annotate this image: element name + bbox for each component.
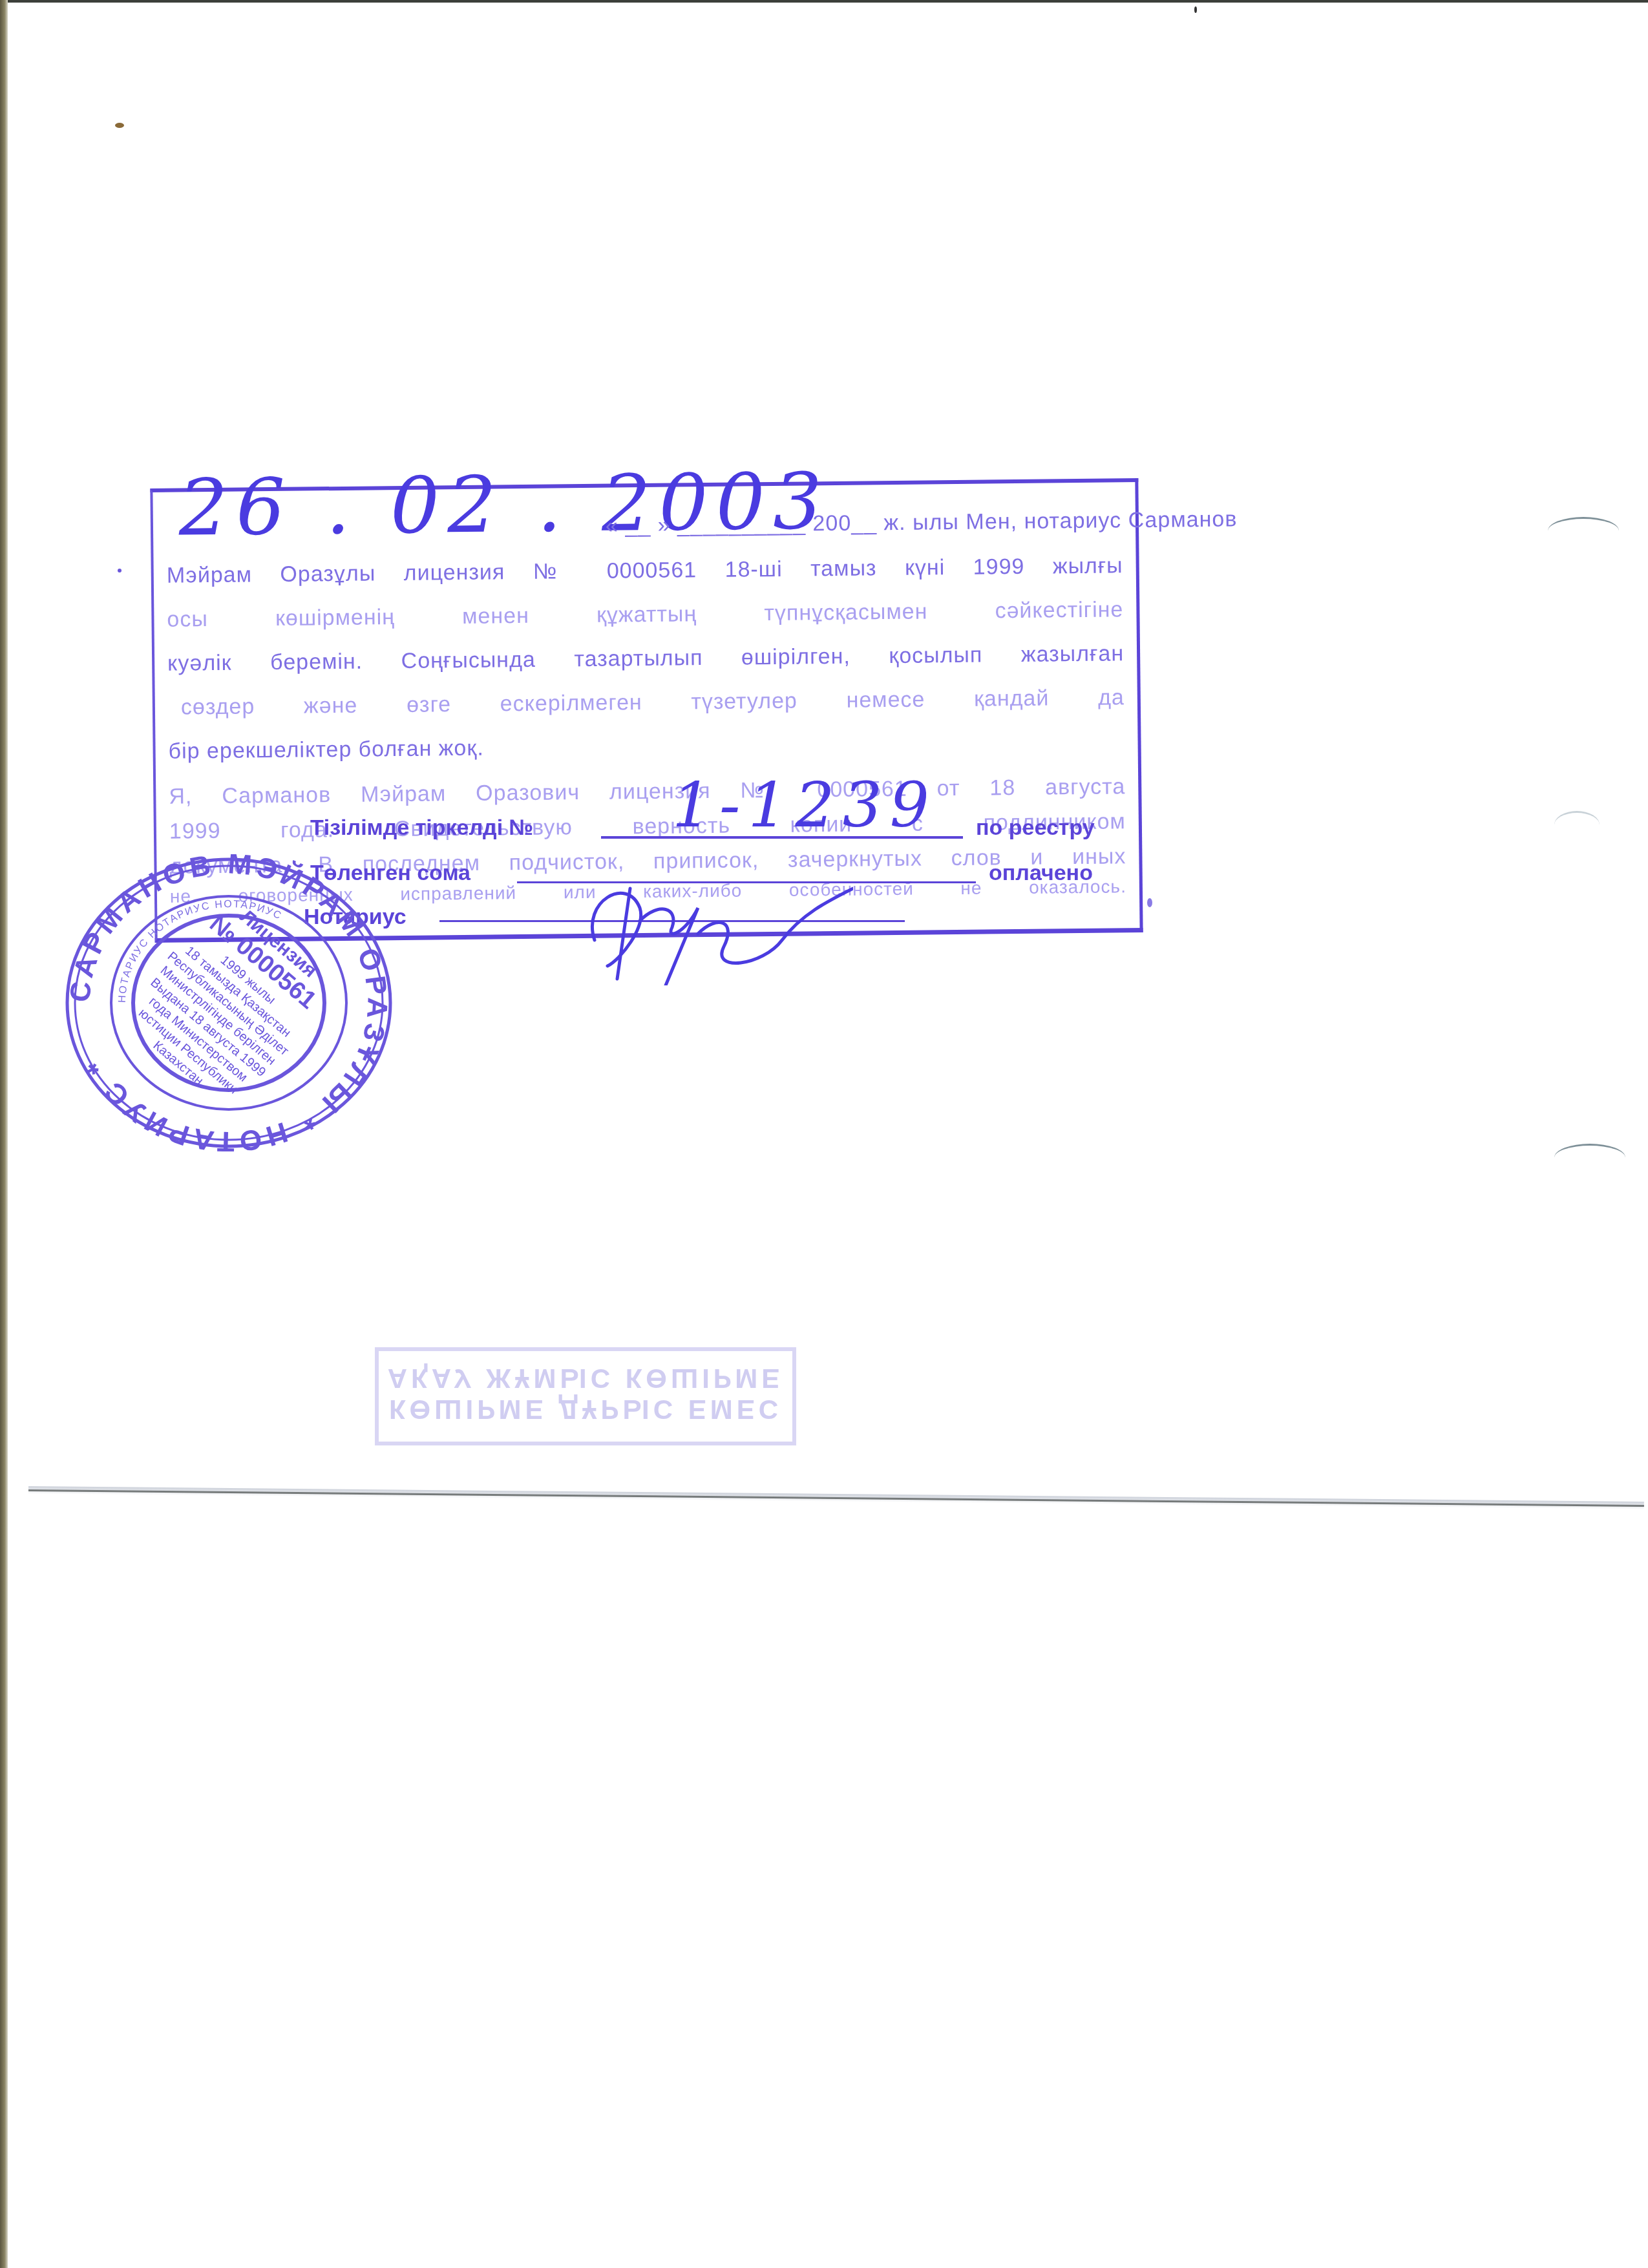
stamp-line-kk-5: сөздер және өзге ескерілмеген түзетулер … bbox=[181, 685, 1125, 720]
paper-speck bbox=[1194, 6, 1197, 13]
scan-left-edge bbox=[0, 0, 8, 2268]
registry-suffix: по реестру bbox=[976, 815, 1095, 841]
stamp-line-kk-1: « __ » __________ 200__ ж. ылы Мен, нота… bbox=[606, 508, 1123, 538]
notary-round-seal: САРМАНОВ МЭЙРАМ ОРАЗҰЛЫ * НОТАРИУС * НОТ… bbox=[61, 854, 397, 1151]
stamp-line-kk-3: осы көшірменің менен құжаттың түпнұсқасы… bbox=[167, 597, 1123, 632]
stamp-line-kk-4: куәлік беремін. Соңғысында тазартылып өш… bbox=[167, 641, 1124, 676]
notary-signature bbox=[569, 863, 853, 985]
handwritten-date: 26 . 02 . 2003 bbox=[178, 457, 830, 554]
registry-number: 1-1239 bbox=[672, 769, 937, 841]
faded-stamp-line-1: АҚАУ ЖҰМЫС КӨШІРМЕ bbox=[379, 1363, 792, 1394]
stamp-line-ru-1: Я, Сарманов Мэйрам Оразович лицензия № 0… bbox=[169, 774, 1125, 809]
stamp-line-kk-2: Мэйрам Оразұлы лицензия № 0000561 18-ші … bbox=[167, 553, 1123, 588]
faded-box-stamp: АҚАУ ЖҰМЫС КӨШІРМЕ КӨШІРМЕ ДҰРЫС ЕМЕС bbox=[375, 1347, 796, 1445]
ink-speck bbox=[118, 569, 121, 572]
binding-mark-top bbox=[1548, 517, 1619, 545]
payment-suffix: оплачено bbox=[989, 861, 1093, 886]
ink-speck bbox=[1147, 898, 1152, 907]
binding-mark-middle bbox=[1554, 811, 1600, 839]
faded-stamp-line-2: КӨШІРМЕ ДҰРЫС ЕМЕС bbox=[379, 1394, 792, 1425]
stamp-line-kk-6: бір ерекшеліктер болған жоқ. bbox=[168, 736, 484, 764]
binding-mark-bottom bbox=[1554, 1144, 1625, 1171]
registry-label: Тізілімде тіркелді № bbox=[310, 815, 533, 841]
paper-speck bbox=[115, 123, 124, 128]
